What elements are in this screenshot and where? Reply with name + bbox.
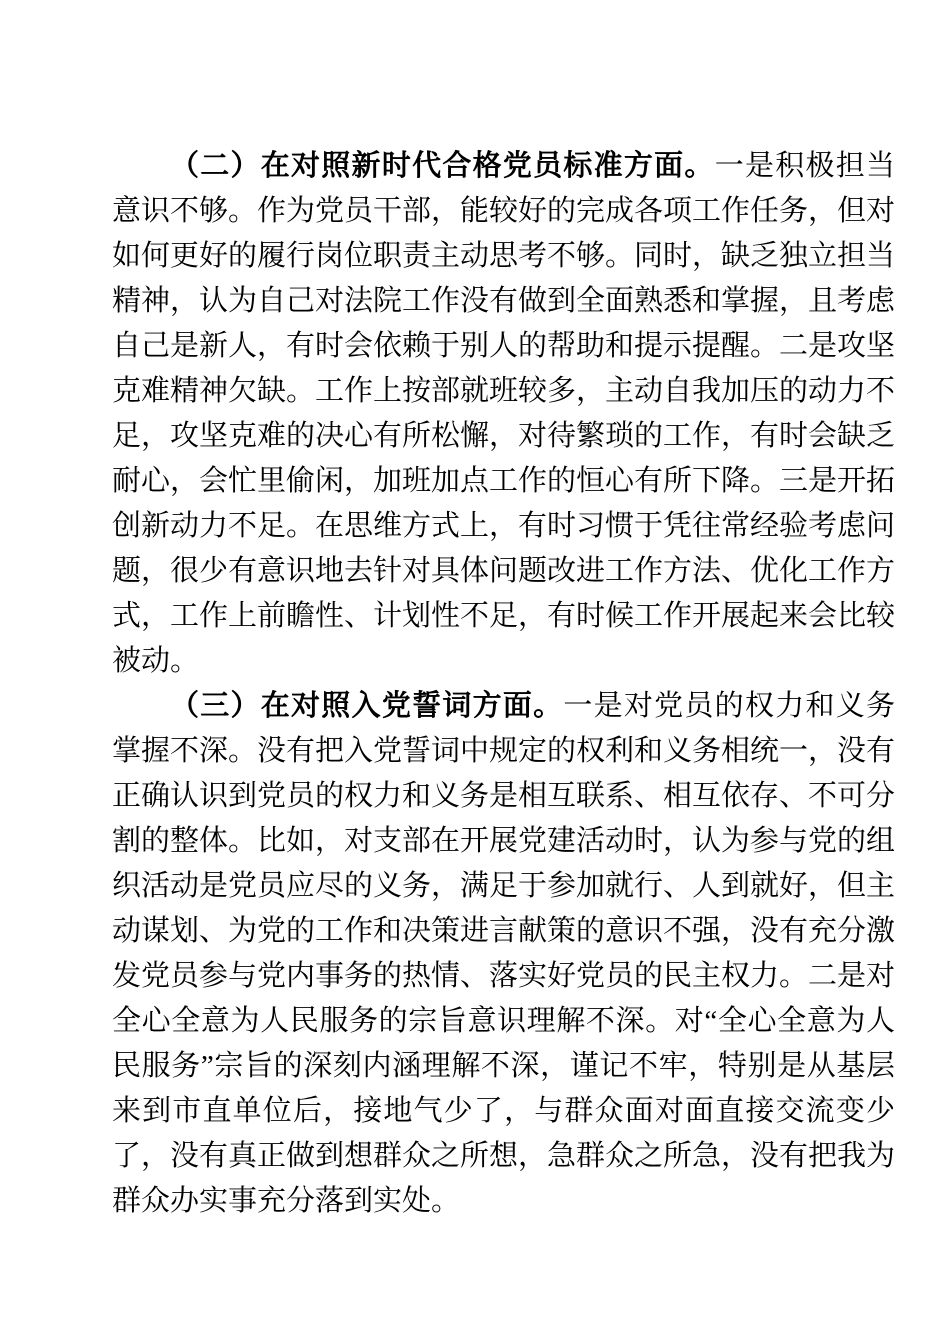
paragraph-section-3-body: 一是对党员的权力和义务掌握不深。没有把入党誓词中规定的权利和义务相统一，没有正确…: [112, 690, 895, 1217]
paragraph-section-3-heading: （三）在对照入党誓词方面。: [170, 690, 563, 722]
paragraph-section-2-body: 一是积极担当意识不够。作为党员干部，能较好的完成各项工作任务，但对如何更好的履行…: [112, 150, 895, 677]
paragraph-section-2-heading: （二）在对照新时代合格党员标准方面。: [170, 150, 715, 182]
paragraph-section-3: （三）在对照入党誓词方面。一是对党员的权力和义务掌握不深。没有把入党誓词中规定的…: [112, 684, 895, 1224]
document-content: （二）在对照新时代合格党员标准方面。一是积极担当意识不够。作为党员干部，能较好的…: [112, 144, 895, 1224]
paragraph-section-2: （二）在对照新时代合格党员标准方面。一是积极担当意识不够。作为党员干部，能较好的…: [112, 144, 895, 684]
document-page: （二）在对照新时代合格党员标准方面。一是积极担当意识不够。作为党员干部，能较好的…: [0, 0, 950, 1344]
